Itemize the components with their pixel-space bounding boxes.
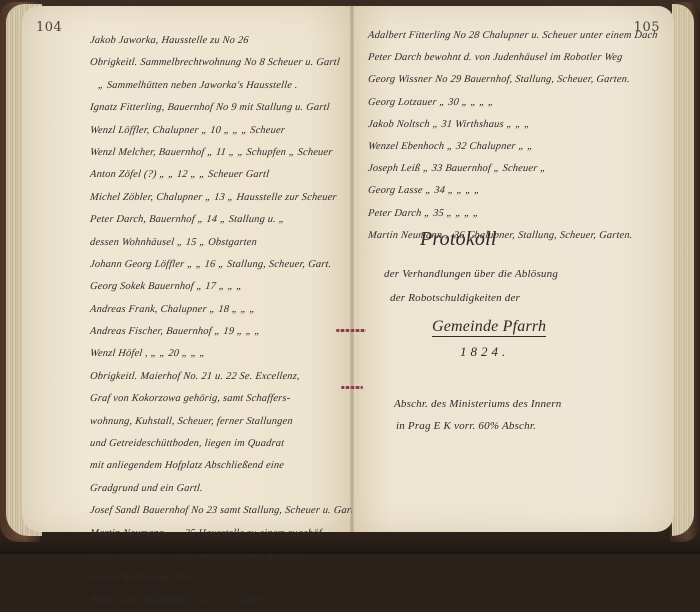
- protocol-subtitle-line-2: der Robotschuldigkeiten der: [390, 292, 674, 304]
- ledger-line: wohnung, Kuhstall, Scheuer, ferner Stall…: [89, 411, 359, 433]
- ledger-line: Wenzl Höfel , „ „ 20 „ „ „: [89, 343, 359, 365]
- protocol-subtitle-line-1: der Verhandlungen über die Ablösung: [384, 268, 674, 280]
- book-gutter: [350, 6, 354, 532]
- ledger-line: Andreas Fischer, Bauernhof „ 19 „ „ „: [89, 321, 359, 343]
- open-book: 104 Jakob Jaworka, Hausstelle zu No 26 O…: [0, 0, 700, 554]
- ledger-line: „ Sammelhütten neben Jaworka's Hausstell…: [89, 75, 359, 97]
- ledger-line: Georg Wissner No 29 Bauernhof, Stallung,…: [367, 69, 659, 91]
- ledger-line: Johann Georg Löffler „ „ 16 „ Stallung, …: [89, 254, 359, 276]
- ledger-line: Georg Sokek Bauernhof „ 17 „ „ „: [89, 276, 359, 298]
- ledger-line: Obrigkeitl. Sammelbrechtwohnung No 8 Sch…: [89, 52, 359, 74]
- ledger-line: und Getreideschüttboden, liegen im Quadr…: [89, 433, 359, 455]
- ledger-line: Obrigkeitl. Maierhof No. 21 u. 22 Se. Ex…: [89, 366, 359, 388]
- protocol-title: Protokoll: [420, 228, 497, 251]
- ledger-line: Andreas Frank, Chalupner „ 18 „ „ „: [89, 299, 359, 321]
- ledger-line: Michel Zöbler, Chalupner „ 13 „ Hausstel…: [89, 187, 359, 209]
- bottom-shadow: [0, 538, 700, 554]
- ledger-line: Martin Neumann „ 36 Chalupner, Stallung,…: [367, 225, 659, 247]
- ledger-line: Peter Darch bewohnt d. von Judenhäusel i…: [367, 47, 659, 69]
- ledger-line: Wenzel Ebenhoch „ 32 Chalupner „ „: [367, 136, 659, 158]
- ledger-line: Josef Sandl Bauernhof No 23 samt Stallun…: [89, 500, 359, 522]
- ledger-line: Joseph Leiß „ 33 Bauernhof „ Scheuer „: [367, 158, 659, 180]
- left-page-entries: Jakob Jaworka, Hausstelle zu No 26 Obrig…: [90, 30, 357, 554]
- ledger-line: Peter Darch „ 35 „ „ „ „: [367, 203, 659, 225]
- ledger-line: Graf von Kokorzowa gehörig, samt Schaffe…: [89, 388, 359, 410]
- ledger-line: Gradgrund und ein Gartl.: [89, 478, 359, 500]
- ledger-line: Peter Darch, Bauernhof „ 14 „ Stallung u…: [89, 209, 359, 231]
- ledger-line: Adalbert Fitterling No 28 Chalupner u. S…: [367, 25, 659, 47]
- ledger-line: Jakob Jaworka, Hausstelle zu No 26: [89, 30, 359, 52]
- left-page: 104 Jakob Jaworka, Hausstelle zu No 26 O…: [22, 6, 352, 532]
- protocol-year: 1824.: [460, 344, 674, 360]
- ledger-line: Georg Lasse „ 34 „ „ „ „: [367, 180, 659, 202]
- ledger-line: Wenzl Löffler, Chalupner „ 10 „ „ „ Sche…: [89, 120, 359, 142]
- ledger-line: mit anliegendem Hofplatz Abschließend ei…: [89, 455, 359, 477]
- right-page: 105 Adalbert Fitterling No 28 Chalupner …: [352, 6, 674, 532]
- protocol-note-line-1: Abschr. des Ministeriums des Innern: [394, 398, 674, 410]
- ledger-line: Anton Zöfel (?) „ „ 12 „ „ Scheuer Gartl: [89, 164, 359, 186]
- ledger-line: Ignatz Fitterling, Bauernhof No 9 mit St…: [89, 97, 359, 119]
- ledger-line: Jakob Noltsch „ 31 Wirthshaus „ „ „: [367, 114, 659, 136]
- protocol-community: Gemeinde Pfarrh: [432, 318, 674, 336]
- binding-thread: [336, 329, 366, 332]
- ledger-line: Wenzl Melcher, Bauernhof „ 11 „ „ Schupf…: [89, 142, 359, 164]
- community-name: Gemeinde Pfarrh: [432, 318, 546, 337]
- binding-thread: [341, 386, 363, 389]
- ledger-line: dessen Wohnhäusel „ 15 „ Obstgarten: [89, 232, 359, 254]
- page-edges-right: [672, 4, 694, 536]
- right-page-entries: Adalbert Fitterling No 28 Chalupner u. S…: [368, 25, 658, 247]
- protocol-note-line-2: in Prag E K vorr. 60% Abschr.: [396, 420, 674, 432]
- ledger-line: Georg Lotzauer „ 30 „ „ „ „: [367, 92, 659, 114]
- page-number-left: 104: [36, 20, 62, 35]
